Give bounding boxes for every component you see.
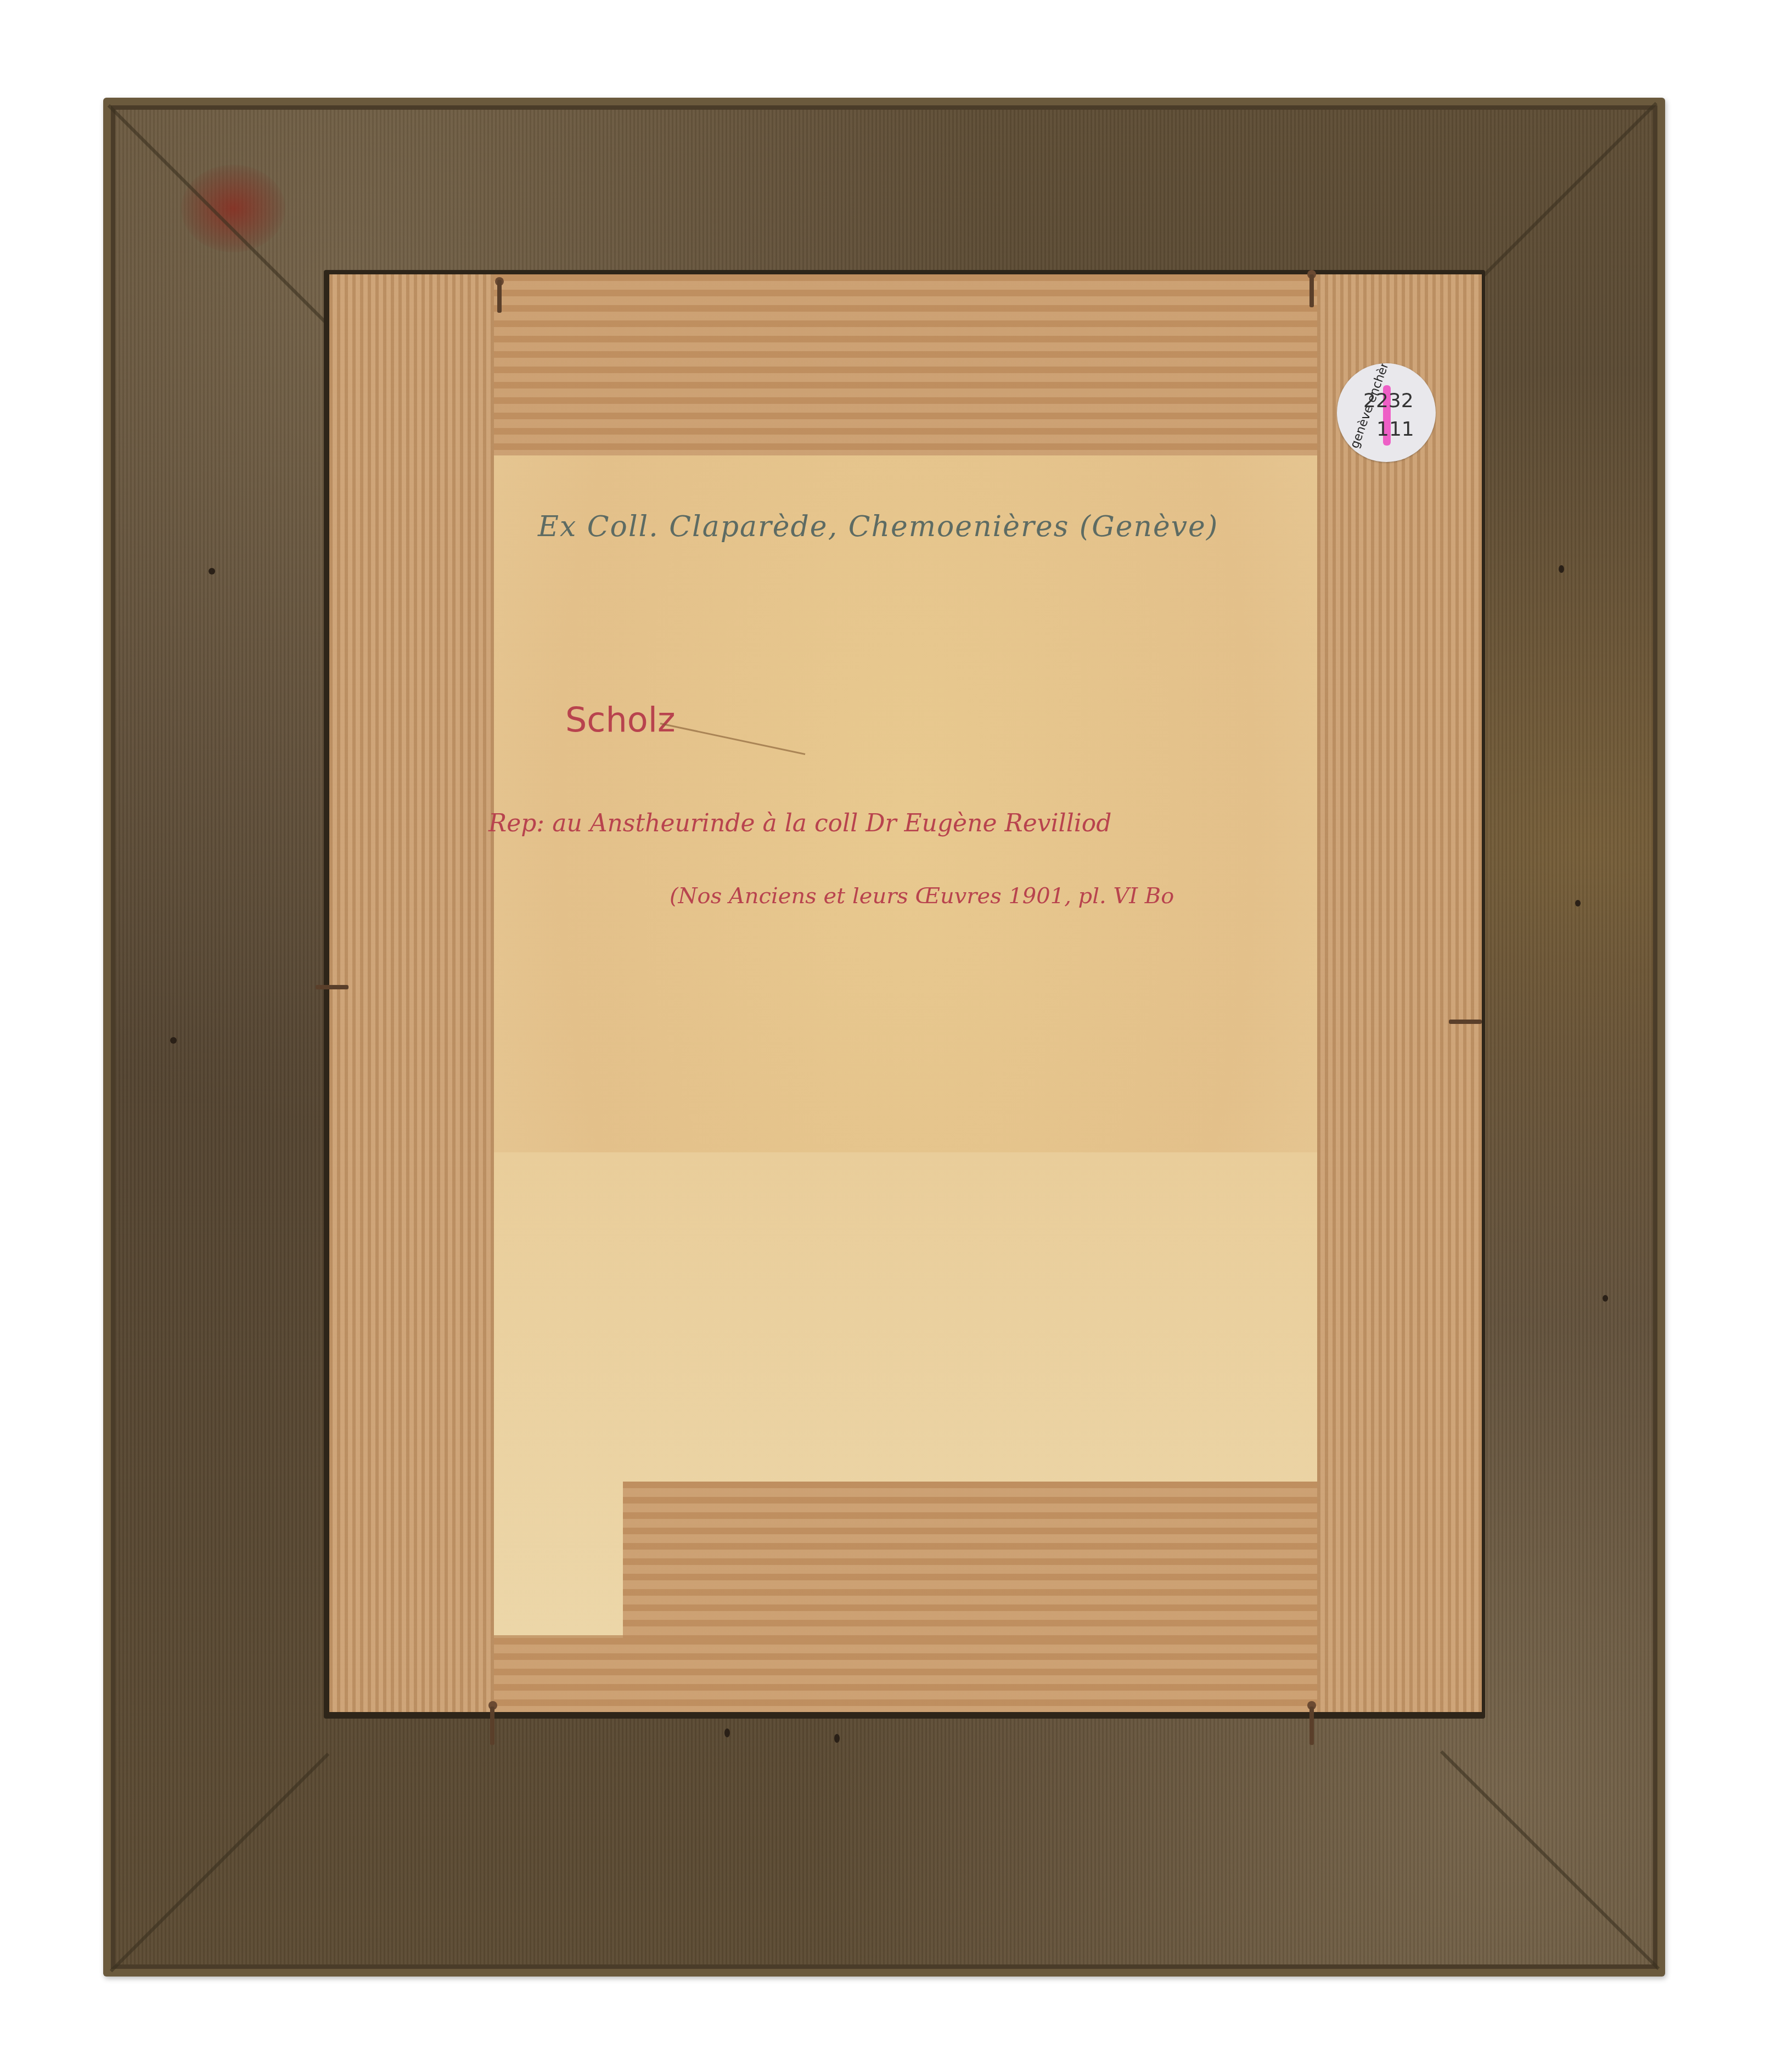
worm-hole	[1559, 565, 1564, 573]
worm-hole	[1603, 1295, 1608, 1302]
reference-note-line-1: Rep: au Anstheurinde à la coll Dr Eugène…	[488, 809, 1112, 837]
sticker-lot-number: 111	[1376, 418, 1414, 441]
nail	[490, 1707, 494, 1745]
provenance-inscription: Ex Coll. Claparède, Chemoenières (Genève…	[538, 510, 1218, 543]
worm-hole	[170, 1037, 177, 1044]
tape-bottom-strip	[494, 1638, 1317, 1712]
worm-hole	[724, 1728, 730, 1737]
tape-bottom-patch	[623, 1482, 1317, 1638]
tape-left-strip	[329, 274, 494, 1712]
worm-hole	[1575, 900, 1581, 906]
sticker-sale-number: 2232	[1363, 390, 1414, 412]
worm-hole	[834, 1734, 840, 1743]
tape-right-strip	[1317, 274, 1482, 1712]
auction-lot-sticker: genève enchères 2232 111	[1337, 363, 1436, 462]
nail	[497, 280, 502, 313]
nail	[1309, 1707, 1314, 1745]
nail	[316, 985, 348, 989]
red-wax-mark	[181, 165, 285, 252]
worm-hole	[209, 568, 215, 575]
reference-note-line-2: (Nos Anciens et leurs Œuvres 1901, pl. V…	[670, 883, 1174, 909]
nail	[1449, 1020, 1482, 1024]
artist-name-inscription: Scholz	[565, 700, 675, 740]
tape-top-strip	[494, 274, 1317, 455]
nail	[1309, 274, 1314, 307]
